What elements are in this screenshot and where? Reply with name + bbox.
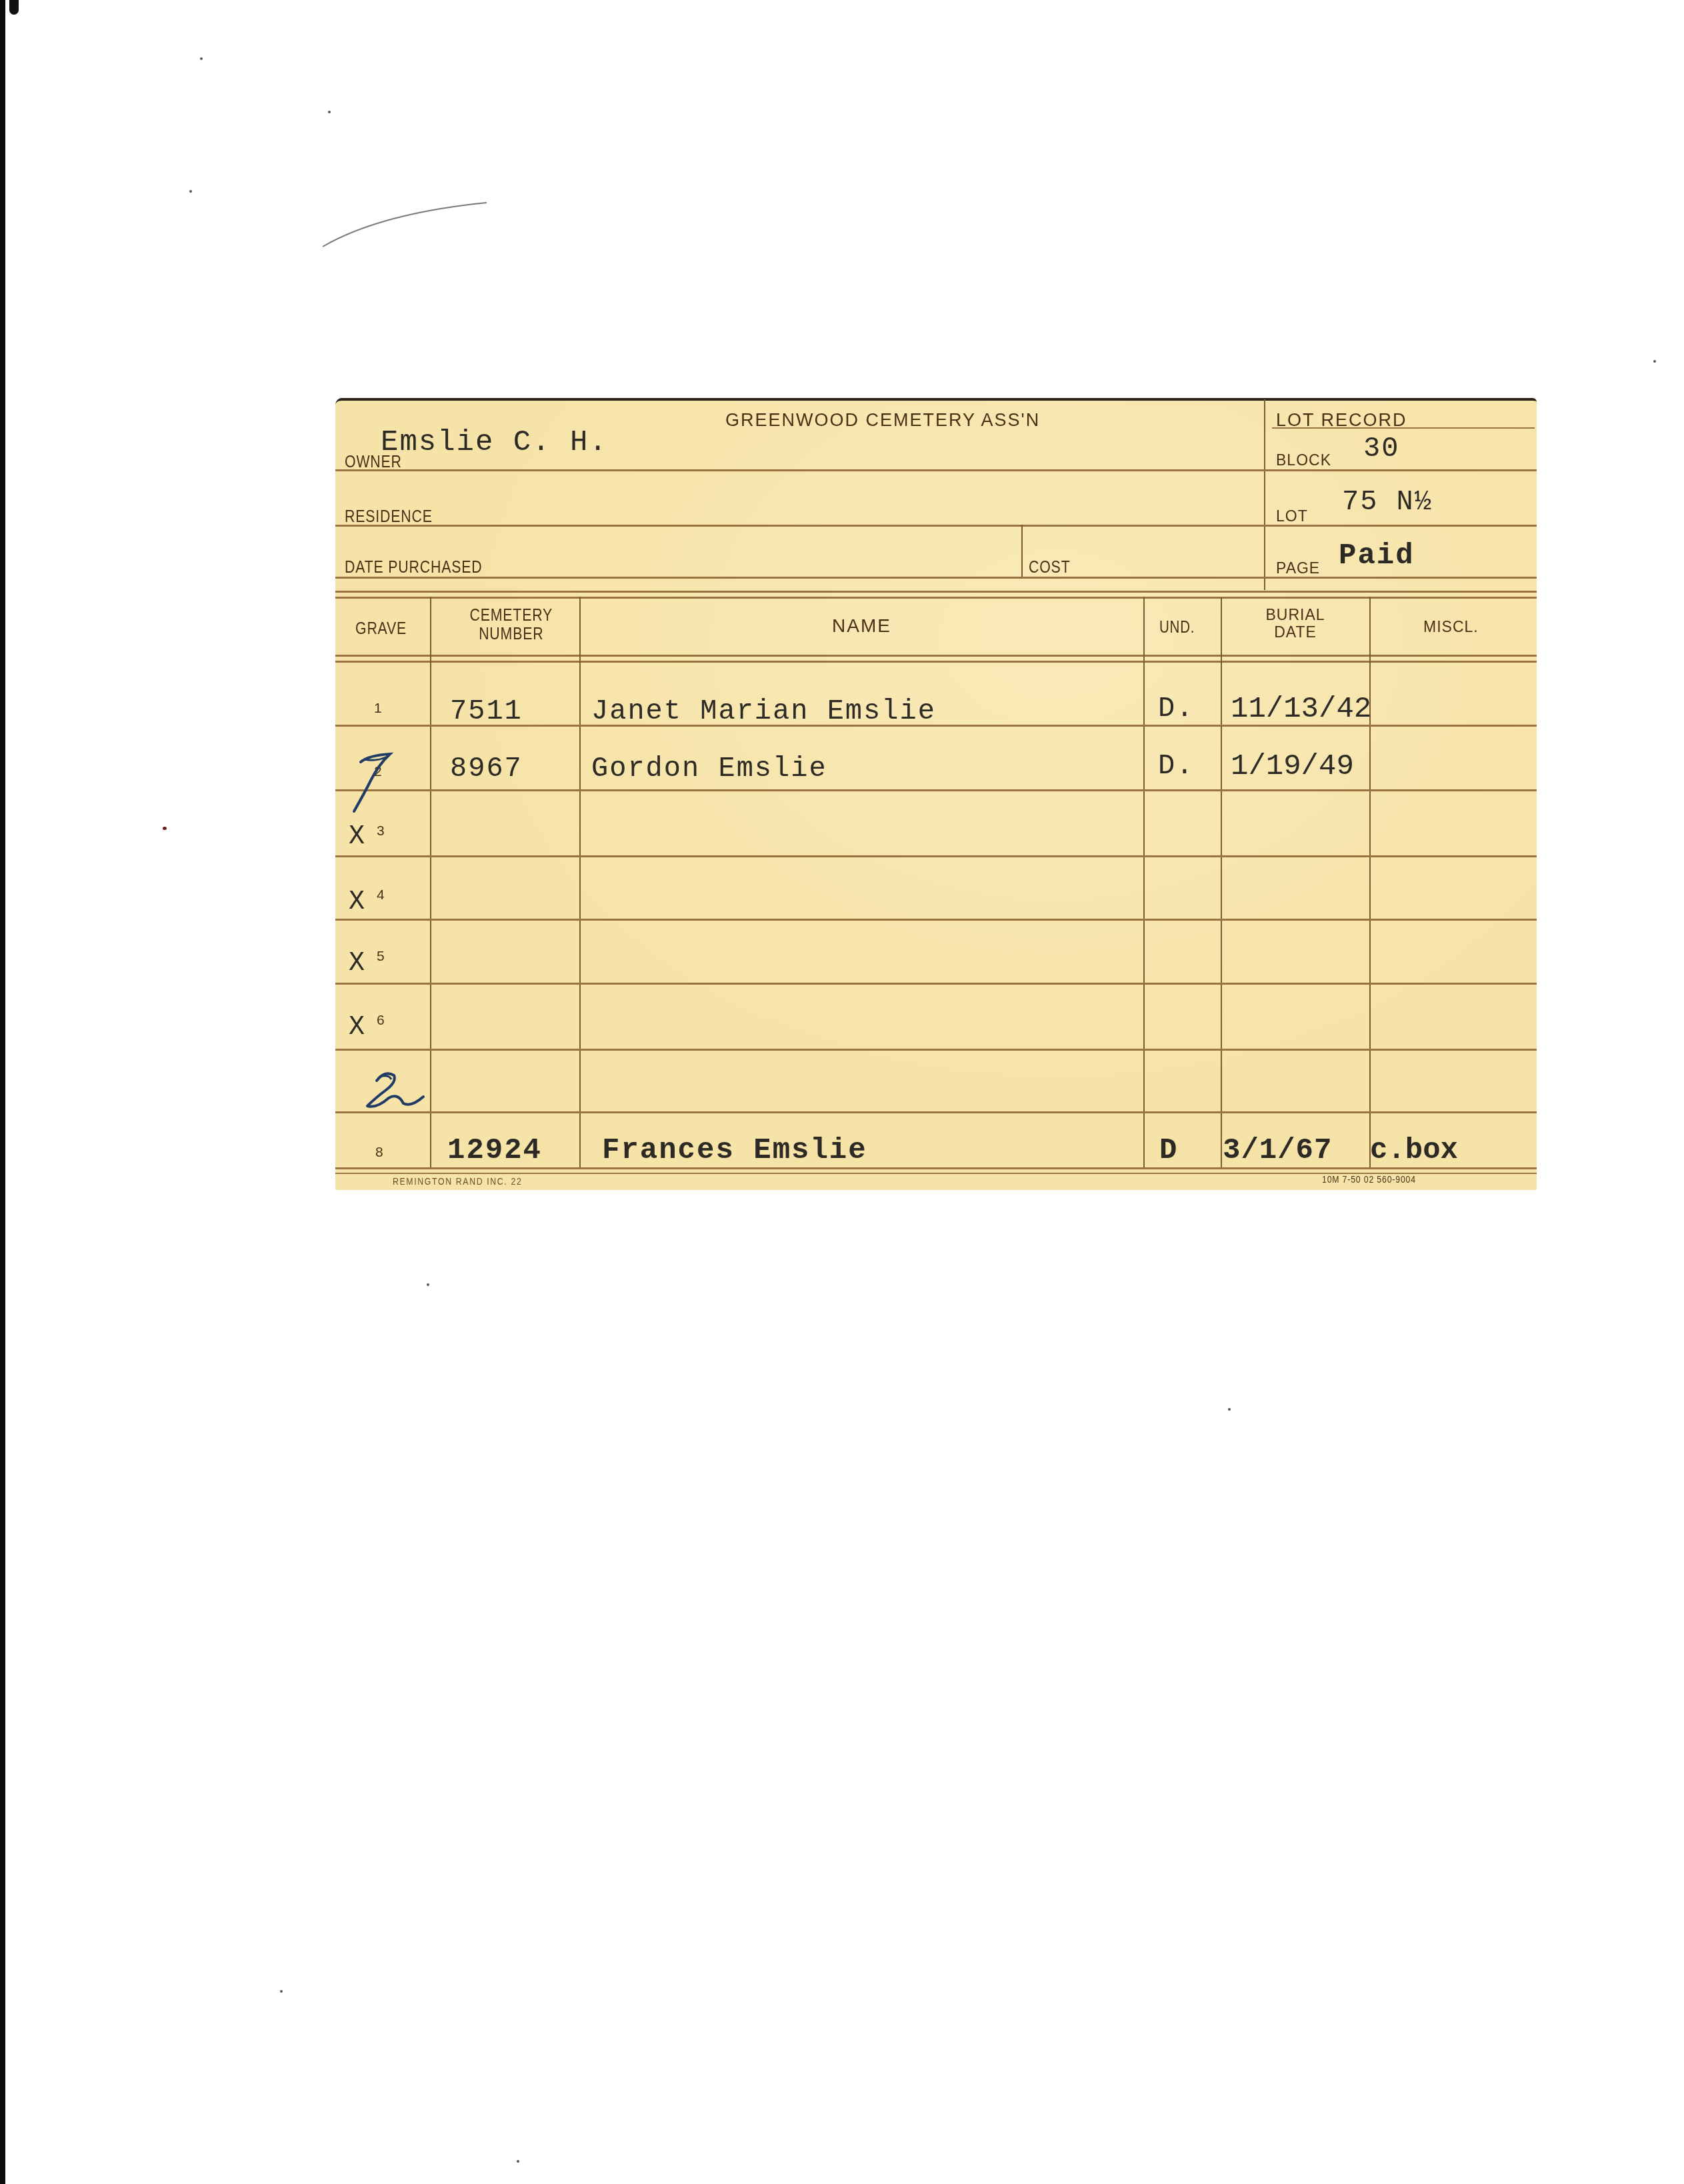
dust-speck <box>1228 1408 1231 1411</box>
handwritten-two-mark <box>362 1066 429 1114</box>
header-bottom-rule <box>335 655 1537 657</box>
col-header-miscl: MISCL. <box>1423 618 1479 636</box>
col-header-burial-1: BURIAL <box>1262 606 1329 624</box>
header-bottom-rule-2 <box>335 661 1537 663</box>
und-value[interactable]: D <box>1159 1134 1178 1167</box>
row-rule <box>335 1049 1537 1051</box>
table-top-rule-2 <box>335 597 1537 599</box>
und-value[interactable]: D. <box>1158 693 1194 725</box>
col-header-cemetery-number-2: NUMBER <box>462 623 561 644</box>
grave-number: 3 <box>377 823 385 839</box>
lot-value[interactable]: 75 N½ <box>1342 486 1433 518</box>
lot-rule <box>1265 525 1537 527</box>
table-bottom-rule <box>335 1167 1537 1169</box>
col-divider-grave <box>430 597 431 1167</box>
col-header-und: UND. <box>1159 618 1195 637</box>
lot-record-card: GREENWOOD CEMETERY ASS'N LOT RECORD OWNE… <box>335 398 1537 1190</box>
cost-label: COST <box>1029 557 1071 577</box>
dust-speck <box>1653 360 1656 363</box>
miscl-value[interactable]: c.box <box>1370 1134 1458 1167</box>
row-rule <box>335 919 1537 921</box>
dust-speck <box>200 57 203 60</box>
page-value[interactable]: Paid <box>1339 539 1415 573</box>
grave-number: 6 <box>377 1013 385 1029</box>
row-rule <box>335 855 1537 857</box>
owner-rule <box>335 469 1265 471</box>
row-rule <box>335 1111 1537 1113</box>
dust-speck <box>328 111 331 113</box>
x-mark: X <box>349 822 366 852</box>
page-label: PAGE <box>1276 559 1320 577</box>
scan-edge-bar <box>0 0 5 2184</box>
col-divider-number <box>579 597 581 1167</box>
col-divider-burial <box>1369 597 1371 1167</box>
row-rule <box>335 789 1537 791</box>
row-rule <box>335 983 1537 985</box>
und-value[interactable]: D. <box>1158 750 1194 782</box>
col-divider-und <box>1221 597 1222 1167</box>
col-header-burial-2: DATE <box>1262 623 1329 641</box>
cost-divider <box>1021 525 1023 577</box>
burial-date[interactable]: 11/13/42 <box>1231 693 1371 726</box>
cemetery-number[interactable]: 8967 <box>450 753 523 785</box>
cemetery-number[interactable]: 12924 <box>447 1134 542 1167</box>
col-header-cemetery-number-1: CEMETERY <box>462 605 561 625</box>
lot-label: LOT <box>1276 507 1308 525</box>
owner-value[interactable]: Emslie C. H. <box>381 426 608 459</box>
block-label: BLOCK <box>1276 451 1331 469</box>
residence-label: RESIDENCE <box>345 506 433 527</box>
dust-speck <box>280 1990 283 1993</box>
col-header-grave: GRAVE <box>355 618 407 639</box>
grave-number: 1 <box>374 701 383 717</box>
block-value[interactable]: 30 <box>1363 433 1399 465</box>
date-purchased-rule <box>335 577 1265 579</box>
printer-imprint: REMINGTON RAND INC. 22 <box>393 1176 522 1187</box>
stray-pencil-mark <box>320 200 493 253</box>
deceased-name[interactable]: Frances Emslie <box>602 1134 867 1167</box>
x-mark: X <box>349 1013 366 1043</box>
grave-number: 5 <box>377 949 385 965</box>
cemetery-title: GREENWOOD CEMETERY ASS'N <box>725 410 1040 431</box>
dust-speck <box>517 2160 519 2163</box>
dust-speck <box>427 1283 429 1286</box>
lot-record-underline <box>1272 427 1535 429</box>
dust-speck <box>189 190 192 193</box>
x-mark: X <box>349 949 366 979</box>
dust-speck <box>163 827 167 830</box>
grave-number: 4 <box>377 887 385 903</box>
page-rule <box>1265 577 1537 579</box>
block-rule <box>1265 469 1537 471</box>
date-purchased-label: DATE PURCHASED <box>345 557 483 577</box>
deceased-name[interactable]: Gordon Emslie <box>591 753 827 785</box>
col-header-name: NAME <box>832 615 891 637</box>
residence-rule <box>335 525 1265 527</box>
form-number: 10M 7-50 02 560-9004 <box>1322 1174 1416 1185</box>
grave-number: 8 <box>375 1145 384 1161</box>
scan-mark <box>9 0 19 15</box>
handwritten-seven-mark <box>349 745 402 818</box>
table-top-rule <box>335 591 1537 593</box>
lot-record-divider <box>1264 399 1265 590</box>
burial-date[interactable]: 1/19/49 <box>1231 750 1354 783</box>
deceased-name[interactable]: Janet Marian Emslie <box>591 695 936 727</box>
cemetery-number[interactable]: 7511 <box>450 695 523 727</box>
x-mark: X <box>349 887 366 917</box>
burial-date[interactable]: 3/1/67 <box>1223 1134 1332 1167</box>
col-divider-name <box>1143 597 1145 1167</box>
